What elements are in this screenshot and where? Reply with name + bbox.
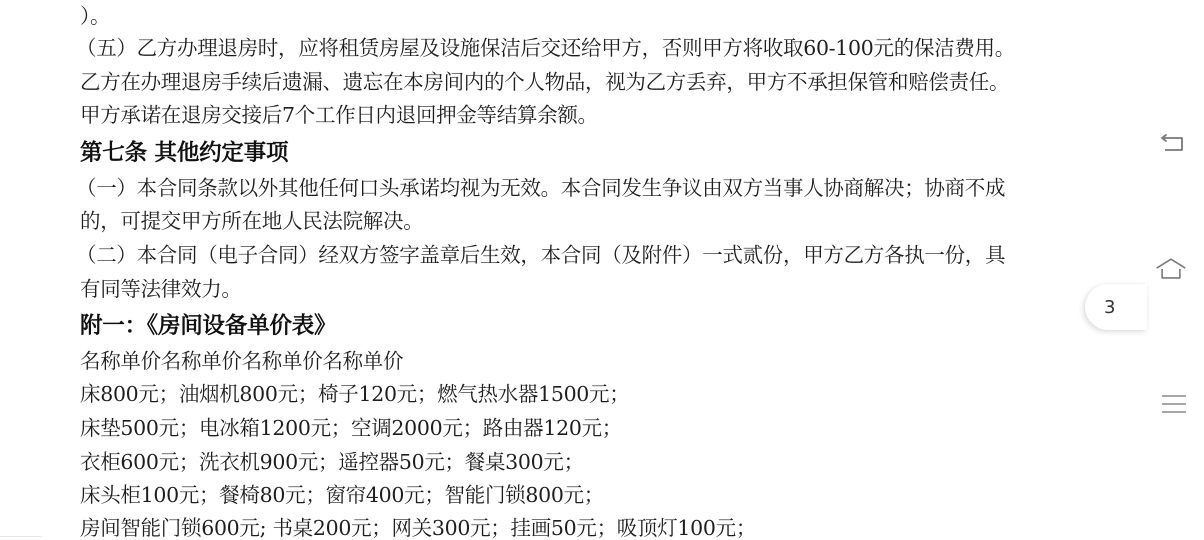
table-row: 床头柜100元；餐椅80元；窗帘400元；智能门锁800元； (80, 482, 604, 508)
home-icon (1155, 255, 1187, 283)
appendix-heading: 附一：《房间设备单价表》 (80, 313, 336, 339)
back-button[interactable] (1157, 128, 1189, 156)
text-line: 有同等法律效力。 (80, 276, 242, 302)
table-header: 名称单价名称单价名称单价名称单价 (80, 348, 403, 374)
section-heading: 第七条 其他约定事项 (80, 140, 288, 166)
menu-icon (1158, 390, 1190, 418)
table-row: 衣柜600元；洗衣机900元；遥控器50元；餐桌300元； (80, 449, 584, 475)
text-line: （二）本合同（电子合同）经双方签字盖章后生效，本合同（及附件）一式贰份，甲方乙方… (76, 242, 1005, 268)
text-line: 的，可提交甲方所在地人民法院解决。 (80, 208, 423, 234)
home-button[interactable] (1155, 255, 1187, 283)
page-edge-divider (0, 536, 42, 540)
text-line: （五）乙方办理退房时，应将租赁房屋及设施保洁后交还给甲方，否则甲方将收取60-1… (76, 35, 1015, 61)
text-line: ）。 (80, 3, 110, 29)
text-line: 乙方在办理退房手续后遗漏、遗忘在本房间内的个人物品，视为乙方丢弃，甲方不承担保管… (80, 69, 1009, 95)
text-line: （一）本合同条款以外其他任何口头承诺均视为无效。本合同发生争议由双方当事人协商解… (76, 175, 1005, 201)
page-number: 3 (1104, 297, 1115, 318)
table-row: 床800元；油烟机800元；椅子120元；燃气热水器1500元； (80, 381, 629, 407)
text-line: 甲方承诺在退房交接后7个工作日内退回押金等结算余额。 (80, 102, 598, 128)
back-arrow-icon (1157, 128, 1189, 156)
menu-button[interactable] (1158, 390, 1190, 418)
table-row: 床垫500元；电冰箱1200元；空调2000元；路由器120元； (80, 415, 622, 441)
page-indicator[interactable]: 3 (1085, 284, 1147, 330)
table-row: 房间智能门锁600元; 书桌200元；网关300元；挂画50元；吸顶灯100元； (80, 515, 756, 540)
